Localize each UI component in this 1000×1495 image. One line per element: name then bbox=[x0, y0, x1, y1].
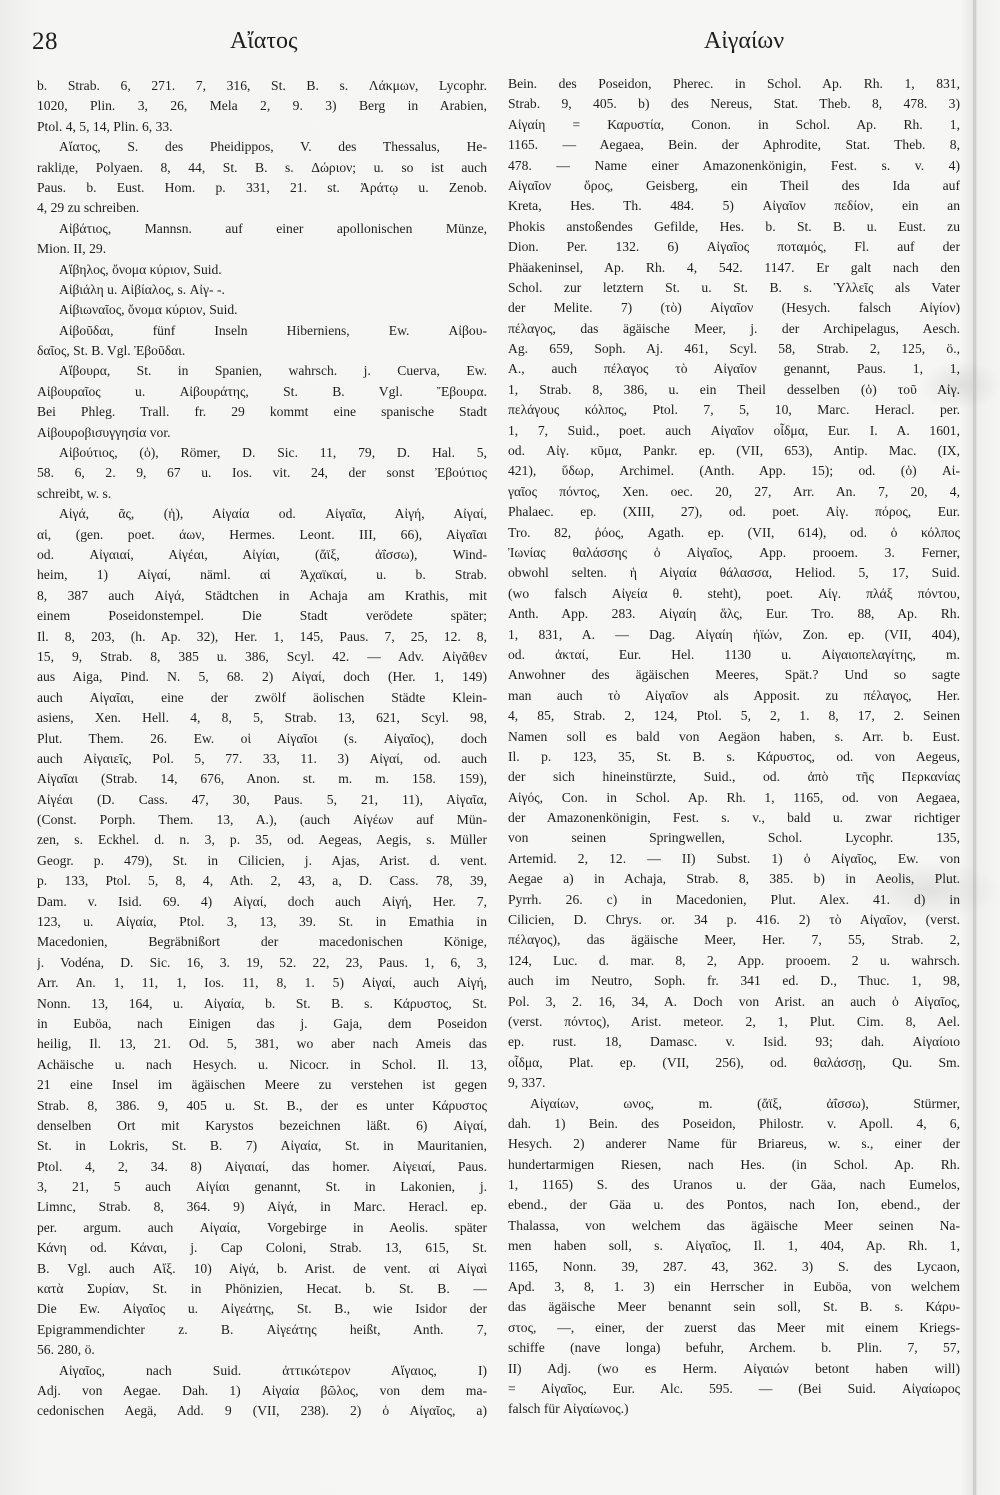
text-line: Pyrrh. 26. c) in Macedonien, Plut. Alex.… bbox=[508, 890, 960, 910]
text-line: Αἰβουροβισυγγησία vor. bbox=[37, 423, 487, 443]
text-line: b. Strab. 6, 271. 7, 316, St. B. s. Λάκμ… bbox=[37, 76, 487, 96]
text-line: Epigrammendichter z. B. Αἰγεάτης heißt, … bbox=[37, 1320, 487, 1340]
text-line: Ἰωνίας θαλάσσης ὁ Αἰγαῖος, App. prooem. … bbox=[508, 543, 960, 563]
text-line: ep. rust. 18, Damasc. v. Isid. 93; dah. … bbox=[508, 1032, 960, 1052]
text-line: Cilicien, D. Chrys. or. 34 p. 416. 2) τὸ… bbox=[508, 910, 960, 930]
text-line: men haben soll, s. Αἰγαῖος, Il. 1, 404, … bbox=[508, 1236, 960, 1256]
text-line: Anth. App. 283. Αἰγαίη ἅλς, Eur. Tro. 88… bbox=[508, 604, 960, 624]
text-line: Namen soll es bald von Aegäon haben, s. … bbox=[508, 727, 960, 747]
text-line: 1, 1165) S. des Uranos u. der Gäa, nach … bbox=[508, 1175, 960, 1195]
text-line: rakliде, Polyaen. 8, 44, St. B. s. Δώριο… bbox=[37, 158, 487, 178]
text-line: Mion. II, 29. bbox=[37, 239, 487, 259]
text-line: aus Aiga, Pind. N. 5, 68. 2) Αἰγαί, doch… bbox=[37, 667, 487, 687]
text-line: Pol. 3, 2. 16, 34, A. Doch von Arist. an… bbox=[508, 992, 960, 1012]
right-text-column: Bein. des Poseidon, Pherec. in Schol. Ap… bbox=[508, 74, 960, 1420]
text-line: in Euböa, nach Einigen das j. Gaja, dem … bbox=[37, 1014, 487, 1034]
text-line: j. Vodéna, D. Sic. 16, 3. 19, 52. 22, 23… bbox=[37, 953, 487, 973]
text-line: Artemid. 2, 12. — II) Subst. 1) ὁ Αἰγαῖο… bbox=[508, 849, 960, 869]
text-line: Αἰβοῦδαι, fünf Inseln Hiberniens, Ew. Αἰ… bbox=[37, 321, 487, 341]
text-line: Arr. An. 1, 11, 1, Ios. 11, 8, 1. 5) Αἰγ… bbox=[37, 973, 487, 993]
text-line: 421), ὕδωρ, Archimel. (Anth. App. 15); o… bbox=[508, 461, 960, 481]
text-line: Macedonien, Begräbnißort der macedonisch… bbox=[37, 932, 487, 952]
text-line: Strab. 8, 386. 9, 405 u. St. B., der es … bbox=[37, 1096, 487, 1116]
text-line: Kreta, Hes. Th. 484. 5) Αἰγαῖον πεδίον, … bbox=[508, 196, 960, 216]
text-line: (Const. Porph. Them. 13, A.), (auch Αἰγέ… bbox=[37, 810, 487, 830]
text-line: 58. 6, 2. 9, 67 u. Ios. vit. 24, der son… bbox=[37, 463, 487, 483]
text-line: Phäakeninsel, Ap. Rh. 4, 542. 1147. Er g… bbox=[508, 258, 960, 278]
text-line: od. Αἰγαιαί, Αἰγέαι, Αἰγίαι, (ἄϊξ, ἀΐσσω… bbox=[37, 545, 487, 565]
text-line: 15, 9, Strab. 8, 385 u. 386, Scyl. 42. —… bbox=[37, 647, 487, 667]
text-line: zen, s. Eckhel. d. n. 3, p. 35, od. Aege… bbox=[37, 830, 487, 850]
text-line: Αἰβάτιος, Mannsn. auf einer apollonische… bbox=[37, 219, 487, 239]
page-edge-shadow bbox=[973, 0, 976, 1495]
text-line: 3, 21, 5 auch Αἰγίαι genannt, St. in Lak… bbox=[37, 1177, 487, 1197]
text-line: 4, 29 zu schreiben. bbox=[37, 198, 487, 218]
text-line: man auch τὸ Αἰγαῖον als Apposit. zu πέλα… bbox=[508, 686, 960, 706]
text-line: Paus. b. Eust. Hom. p. 331, 21. st. Ἀράτ… bbox=[37, 178, 487, 198]
running-head-left: Αἴατος bbox=[230, 28, 298, 55]
text-line: der Amazonenkönigin, Fest. s. v., bald u… bbox=[508, 808, 960, 828]
text-line: Αἰγαῖον ὄρος, Geisberg, ein Theil des Id… bbox=[508, 176, 960, 196]
text-line: von seinen Springwellen, Schol. Lycophr.… bbox=[508, 828, 960, 848]
text-line: Die Ew. Αἰγαῖος u. Αἰγεάτης, St. B., wie… bbox=[37, 1299, 487, 1319]
text-line: Ptol. 4, 2, 34. 8) Αἰγαιαί, das homer. Α… bbox=[37, 1157, 487, 1177]
text-line: p. 133, Ptol. 5, 8, 4, Ath. 2, 43, a, D.… bbox=[37, 871, 487, 891]
text-line: od. Αἰγ. κῦμα, Pankr. ep. (VII, 653), An… bbox=[508, 441, 960, 461]
text-line: der Melite. 7) (τὸ) Αἰγαῖον (Hesych. fal… bbox=[508, 298, 960, 318]
text-line: Dam. v. Isid. 69. 4) Αἰγαί, doch auch Αἰ… bbox=[37, 892, 487, 912]
text-line: Bein. des Poseidon, Pherec. in Schol. Ap… bbox=[508, 74, 960, 94]
text-line: Αἰγέαι (D. Cass. 47, 30, Paus. 5, 21, 11… bbox=[37, 790, 487, 810]
text-line: 21 eine Insel im ägäischen Meere zu vers… bbox=[37, 1075, 487, 1095]
text-line: Ptol. 4, 5, 14, Plin. 6, 33. bbox=[37, 117, 487, 137]
text-line: πέλαγος), das ägäische Meer, Her. 7, 55,… bbox=[508, 930, 960, 950]
text-line: A., auch πέλαγος τὸ Αἰγαῖον genannt, Pau… bbox=[508, 359, 960, 379]
text-line: πέλαγος, das ägäische Meer, j. der Archi… bbox=[508, 319, 960, 339]
text-line: einem Poseidonstempel. Die Stadt verödet… bbox=[37, 606, 487, 626]
text-line: 1, 831, A. — Dag. Αἰγαίη ἠϊών, Zon. ep. … bbox=[508, 625, 960, 645]
text-line: auch Αἰγαιεῖς, Pol. 5, 77. 33, 11. 3) Αἰ… bbox=[37, 749, 487, 769]
text-line: Schol. zur letztern St. u. St. B. s. Ὑλλ… bbox=[508, 278, 960, 298]
text-line: οἶδμα, Plat. ep. (VII, 256), od. θαλάσσῃ… bbox=[508, 1053, 960, 1073]
text-line: der sich hineinstürzte, Suid., od. ἀπὸ τ… bbox=[508, 767, 960, 787]
text-line: Αἴβηλος, ὄνομα κύριον, Suid. bbox=[37, 260, 487, 280]
text-line: per. argum. auch Αἰγαία, Vorgebirge in A… bbox=[37, 1218, 487, 1238]
text-line: II) Adj. (wo es Herm. Αἰγαιών betont hab… bbox=[508, 1359, 960, 1379]
text-line: = Αἰγαῖος, Eur. Alc. 595. — (Bei Suid. Α… bbox=[508, 1379, 960, 1399]
text-line: B. Vgl. auch Αἴξ. 10) Αἰγά, b. Arist. de… bbox=[37, 1259, 487, 1279]
text-line: St. in Lokris, St. B. 7) Αἰγαία, St. in … bbox=[37, 1136, 487, 1156]
text-line: 1, Strab. 8, 386, u. ein Theil desselben… bbox=[508, 380, 960, 400]
text-line: στος, —, einer, der zuerst das Meer mit … bbox=[508, 1318, 960, 1338]
text-line: heilig, Il. 13, 21. Od. 5, 381, wo aber … bbox=[37, 1034, 487, 1054]
text-line: Αἰγαῖαι (Strab. 14, 676, Anon. st. m. m.… bbox=[37, 769, 487, 789]
running-head-right: Αἰγαίων bbox=[704, 28, 784, 55]
text-line: 1165, Nonn. 39, 287. 43, 362. 3) S. des … bbox=[508, 1257, 960, 1277]
text-line: das ägäische Meer benannt sein soll, St.… bbox=[508, 1297, 960, 1317]
text-line: γαῖος πόντος, Xen. oec. 20, 27, Arr. An.… bbox=[508, 482, 960, 502]
text-line: Nonn. 13, 164, u. Αἰγαία, b. St. B. s. Κ… bbox=[37, 994, 487, 1014]
dictionary-page: 28 Αἴατος Αἰγαίων b. Strab. 6, 271. 7, 3… bbox=[0, 0, 1000, 1495]
text-line: πελάγους κόλπος, Ptol. 7, 5, 10, Marc. H… bbox=[508, 400, 960, 420]
text-line: heim, 1) Αἰγαί, näml. αἱ Ἀχαϊκαί, u. b. … bbox=[37, 565, 487, 585]
text-line: Κάνη od. Κάναι, j. Cap Coloni, Strab. 13… bbox=[37, 1238, 487, 1258]
text-line: Αἰβιάλη u. Αἰβίαλος, s. Αἰγ- -. bbox=[37, 280, 487, 300]
text-line: Αἰγαῖος, nach Suid. ἀττικώτερον Αἴγαιος,… bbox=[37, 1361, 487, 1381]
text-line: dah. 1) Bein. des Poseidon, Philostr. v.… bbox=[508, 1114, 960, 1134]
text-line: 1165. — Aegaea, Bein. der Aphrodite, Sta… bbox=[508, 135, 960, 155]
text-line: 8, 387 auch Αἰγά, Städtchen in Achaja am… bbox=[37, 586, 487, 606]
text-line: (wo falsch Αἰγεία θ. steht), poet. Αἰγ. … bbox=[508, 584, 960, 604]
text-line: Geogr. p. 479), St. in Cilicien, j. Ajas… bbox=[37, 851, 487, 871]
text-line: Anwohner des ägäischen Meeres, Spät.? Un… bbox=[508, 665, 960, 685]
text-line: 56. 280, ö. bbox=[37, 1340, 487, 1360]
text-line: Strab. 9, 405. b) des Nereus, Stat. Theb… bbox=[508, 94, 960, 114]
text-line: Phalaec. ep. (XIII, 27), od. poet. Αἰγ. … bbox=[508, 502, 960, 522]
text-line: Achäische u. nach Hesych. u. Nicocr. in … bbox=[37, 1055, 487, 1075]
text-line: falsch für Αἰγαίωνος.) bbox=[508, 1399, 960, 1419]
text-line: 4, 85, Strab. 2, 124, Ptol. 5, 2, 1. 8, … bbox=[508, 706, 960, 726]
text-line: Aegae a) in Achaja, Strab. 8, 385. b) in… bbox=[508, 869, 960, 889]
left-text-column: b. Strab. 6, 271. 7, 316, St. B. s. Λάκμ… bbox=[37, 76, 487, 1422]
text-line: Phokis anstoßendes Gefilde, Hes. b. St. … bbox=[508, 217, 960, 237]
text-line: 1, 7, Suid., poet. auch Αἰγαῖον οἶδμα, E… bbox=[508, 421, 960, 441]
text-line: 123, u. Αἰγαία, Ptol. 3, 13, 39. St. in … bbox=[37, 912, 487, 932]
text-line: 124, Luc. d. mar. 8, 2, App. prooem. 2 u… bbox=[508, 951, 960, 971]
text-line: Limnc, Strab. 8, 364. 9) Αἰγά, in Marc. … bbox=[37, 1197, 487, 1217]
text-line: Αἰγαίη = Καρυστία, Conon. in Schol. Ap. … bbox=[508, 115, 960, 135]
text-line: Αἰβιωναῖος, ὄνομα κύριον, Suid. bbox=[37, 300, 487, 320]
text-line: Il. p. 123, 35, St. B. s. Κάρυστος, od. … bbox=[508, 747, 960, 767]
text-line: Αἰγά, ᾶς, (ἡ), Αἰγαία od. Αἰγαῖα, Αἰγή, … bbox=[37, 504, 487, 524]
text-line: Αἰβούτιος, (ὁ), Römer, D. Sic. 11, 79, D… bbox=[37, 443, 487, 463]
text-line: obwohl selten. ἡ Αἰγαία θάλασσα, Heliod.… bbox=[508, 563, 960, 583]
text-line: auch Αἰγαῖαι, eine der zwölf äolischen S… bbox=[37, 688, 487, 708]
text-line: 9, 337. bbox=[508, 1073, 960, 1093]
text-line: schiffe (nave longa) befuhr, Archem. b. … bbox=[508, 1338, 960, 1358]
text-line: Αἰγαίων, ωνος, m. (ἄϊξ, ἀΐσσω), Stürmer, bbox=[508, 1094, 960, 1114]
text-line: Tro. 82, ῥόος, Agath. ep. (VII, 614), od… bbox=[508, 523, 960, 543]
text-line: Ag. 659, Soph. Aj. 461, Scyl. 58, Strab.… bbox=[508, 339, 960, 359]
text-line: Hesych. 2) anderer Name für Briareus, w.… bbox=[508, 1134, 960, 1154]
text-line: ebend., der Gäa u. des Pontos, nach Ion,… bbox=[508, 1195, 960, 1215]
text-line: Bei Phleg. Trall. fr. 29 kommt eine span… bbox=[37, 402, 487, 422]
text-line: Αἰγός, Con. in Schol. Ap. Rh. 1, 1165, o… bbox=[508, 788, 960, 808]
text-line: hundertarmigen Riesen, nach Hes. (in Sch… bbox=[508, 1155, 960, 1175]
text-line: Dion. Per. 132. 6) Αἰγαῖος ποταμός, Fl. … bbox=[508, 237, 960, 257]
page-number: 28 bbox=[32, 28, 58, 56]
text-line: auch im Neutro, Soph. fr. 341 ed. D., Th… bbox=[508, 971, 960, 991]
text-line: Il. 8, 203, (h. Ap. 32), Her. 1, 145, Pa… bbox=[37, 627, 487, 647]
text-line: schreibt, w. s. bbox=[37, 484, 487, 504]
text-line: Αἴατος, S. des Pheidippos, V. des Thessa… bbox=[37, 137, 487, 157]
text-line: Apd. 3, 8, 1. 3) ein Herrscher in Euböa,… bbox=[508, 1277, 960, 1297]
text-line: Adj. von Aegae. Dah. 1) Αἰγαία βῶλος, vo… bbox=[37, 1381, 487, 1401]
text-line: δαῖος, St. B. Vgl. Ἐβοῦδαι. bbox=[37, 341, 487, 361]
text-line: od. ἀκταί, Eur. Hel. 1130 u. Αἰγαιοπελαγ… bbox=[508, 645, 960, 665]
text-line: Αἴβουρα, St. in Spanien, wahrsch. j. Cue… bbox=[37, 361, 487, 381]
text-line: Plut. Them. 26. Ew. οἱ Αἰγαῖοι (s. Αἰγαῖ… bbox=[37, 729, 487, 749]
text-line: Thalassa, von welchem das ägäische Meer … bbox=[508, 1216, 960, 1236]
text-line: 1020, Plin. 3, 26, Mela 2, 9. 3) Berg in… bbox=[37, 96, 487, 116]
text-line: cedonischen Aegä, Add. 9 (VII, 238). 2) … bbox=[37, 1401, 487, 1421]
text-line: denselben Ort mit Karystos bezeichnen lä… bbox=[37, 1116, 487, 1136]
text-line: αἱ, (gen. poet. άων, Hermes. Leont. III,… bbox=[37, 525, 487, 545]
text-line: 478. — Name einer Amazonenkönigin, Fest.… bbox=[508, 156, 960, 176]
text-line: (verst. πόντος), Arist. meteor. 2, 1, Pl… bbox=[508, 1012, 960, 1032]
text-line: Αἰβουραῖος u. Αἰβουράτης, St. B. Vgl. Ἔβ… bbox=[37, 382, 487, 402]
text-line: κατὰ Συρίαν, St. in Phönizien, Hecat. b.… bbox=[37, 1279, 487, 1299]
page-header: 28 Αἴατος Αἰγαίων bbox=[32, 28, 962, 68]
text-line: asiens, Xen. Hell. 4, 8, 5, Strab. 13, 6… bbox=[37, 708, 487, 728]
